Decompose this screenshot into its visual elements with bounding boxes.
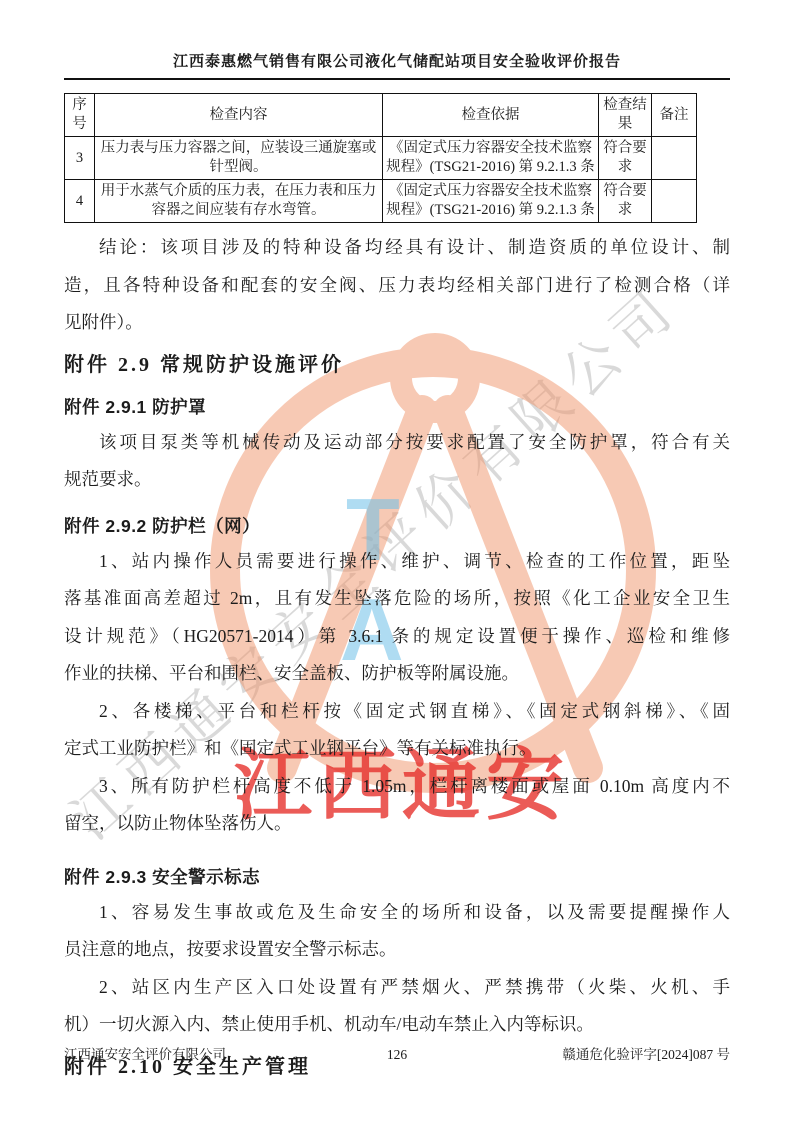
paragraph-line: 留空，以防止物体坠落伤人。 <box>64 805 730 843</box>
paragraph-line: 作业的扶梯、平台和围栏、安全盖板、防护板等附属设施。 <box>64 655 730 693</box>
paragraph: 1、容易发生事故或危及生命安全的场所和设备，以及需要提醒操作人员注意的地点，按要… <box>64 894 730 969</box>
paragraph-line: 机）一切火源入内、禁止使用手机、机动车/电动车禁止入内等标识。 <box>64 1006 730 1044</box>
footer-company: 江西通安安全评价有限公司 <box>64 1046 286 1064</box>
paragraph: 2、各楼梯、平台和栏杆按《固定式钢直梯》、《固定式钢斜梯》、《固定式工业防护栏》… <box>64 693 730 768</box>
subsection-heading: 附件 2.9.1 防护罩 <box>64 395 730 419</box>
table-row: 4用于水蒸气介质的压力表，在压力表和压力容器之间应装有存水弯管。《固定式压力容器… <box>65 180 697 223</box>
paragraph: 2、站区内生产区入口处设置有严禁烟火、严禁携带（火柴、火机、手机）一切火源入内、… <box>64 969 730 1044</box>
paragraph-line: 2、站区内生产区入口处设置有严禁烟火、严禁携带（火柴、火机、手 <box>64 969 730 1007</box>
subsection-heading: 附件 2.9.2 防护栏（网） <box>64 514 730 538</box>
table-cell-no: 3 <box>65 137 95 180</box>
body-sections: 结论：该项目涉及的特种设备均经具有设计、制造资质的单位设计、制造，且各特种设备和… <box>64 229 730 1082</box>
table-cell-no: 4 <box>65 180 95 223</box>
table-cell-basis: 《固定式压力容器安全技术监察规程》(TSG21-2016) 第 9.2.1.3 … <box>383 180 599 223</box>
paragraph-line: 结论：该项目涉及的特种设备均经具有设计、制造资质的单位设计、制 <box>64 229 730 267</box>
paragraph-line: 1、站内操作人员需要进行操作、维护、调节、检查的工作位置，距坠 <box>64 543 730 581</box>
report-header-title: 江西泰惠燃气销售有限公司液化气储配站项目安全验收评价报告 <box>64 0 730 71</box>
table-cell-note <box>652 180 697 223</box>
paragraph-line: 该项目泵类等机械传动及运动部分按要求配置了安全防护罩，符合有关 <box>64 424 730 462</box>
table-row: 3压力表与压力容器之间，应装设三通旋塞或针型阀。《固定式压力容器安全技术监察规程… <box>65 137 697 180</box>
table-cell-result: 符合要求 <box>599 137 652 180</box>
table-header-cell: 检查结果 <box>599 94 652 137</box>
paragraph-line: 设计规范》（HG20571-2014）第 3.6.1 条的规定设置便于操作、巡检… <box>64 618 730 656</box>
paragraph-line: 1、容易发生事故或危及生命安全的场所和设备，以及需要提醒操作人 <box>64 894 730 932</box>
paragraph-line: 定式工业防护栏》和《固定式工业钢平台》等有关标准执行。 <box>64 730 730 768</box>
inspection-table: 序号检查内容检查依据检查结果备注3压力表与压力容器之间，应装设三通旋塞或针型阀。… <box>64 93 697 223</box>
page-content: 江西泰惠燃气销售有限公司液化气储配站项目安全验收评价报告 序号检查内容检查依据检… <box>0 0 794 1082</box>
paragraph-line: 员注意的地点，按要求设置安全警示标志。 <box>64 931 730 969</box>
document-page: 江西通安安全评价有限公司 T A 江西通安 江西泰惠燃气销售有限公司液化气储配站… <box>0 0 794 1123</box>
subsection-heading: 附件 2.9.3 安全警示标志 <box>64 865 730 889</box>
table-cell-note <box>652 137 697 180</box>
paragraph-line: 落基准面高差超过 2m，且有发生坠落危险的场所，按照《化工企业安全卫生 <box>64 580 730 618</box>
table-cell-result: 符合要求 <box>599 180 652 223</box>
paragraph: 3、所有防护栏杆高度不低于 1.05m，栏杆离楼面或屋面 0.10m 高度内不留… <box>64 768 730 843</box>
paragraph-line: 造，且各特种设备和配套的安全阀、压力表均经相关部门进行了检测合格（详 <box>64 267 730 305</box>
paragraph: 结论：该项目涉及的特种设备均经具有设计、制造资质的单位设计、制造，且各特种设备和… <box>64 229 730 342</box>
paragraph-line: 3、所有防护栏杆高度不低于 1.05m，栏杆离楼面或屋面 0.10m 高度内不 <box>64 768 730 806</box>
paragraph-line: 2、各楼梯、平台和栏杆按《固定式钢直梯》、《固定式钢斜梯》、《固 <box>64 693 730 731</box>
table-cell-basis: 《固定式压力容器安全技术监察规程》(TSG21-2016) 第 9.2.1.3 … <box>383 137 599 180</box>
header-rule <box>64 78 730 80</box>
table-cell-content: 压力表与压力容器之间，应装设三通旋塞或针型阀。 <box>95 137 383 180</box>
paragraph: 1、站内操作人员需要进行操作、维护、调节、检查的工作位置，距坠落基准面高差超过 … <box>64 543 730 693</box>
paragraph-line: 见附件）。 <box>64 304 730 342</box>
table-cell-content: 用于水蒸气介质的压力表，在压力表和压力容器之间应装有存水弯管。 <box>95 180 383 223</box>
footer-page-number: 126 <box>286 1046 508 1064</box>
paragraph-line: 规范要求。 <box>64 461 730 499</box>
table-header-cell: 检查依据 <box>383 94 599 137</box>
paragraph: 该项目泵类等机械传动及运动部分按要求配置了安全防护罩，符合有关规范要求。 <box>64 424 730 499</box>
section-heading: 附件 2.9 常规防护设施评价 <box>64 350 730 380</box>
table-header-cell: 备注 <box>652 94 697 137</box>
table-header-cell: 检查内容 <box>95 94 383 137</box>
table-header-cell: 序号 <box>65 94 95 137</box>
page-footer: 江西通安安全评价有限公司 126 赣通危化验评字[2024]087 号 <box>64 1046 730 1064</box>
footer-doc-number: 赣通危化验评字[2024]087 号 <box>508 1046 730 1064</box>
